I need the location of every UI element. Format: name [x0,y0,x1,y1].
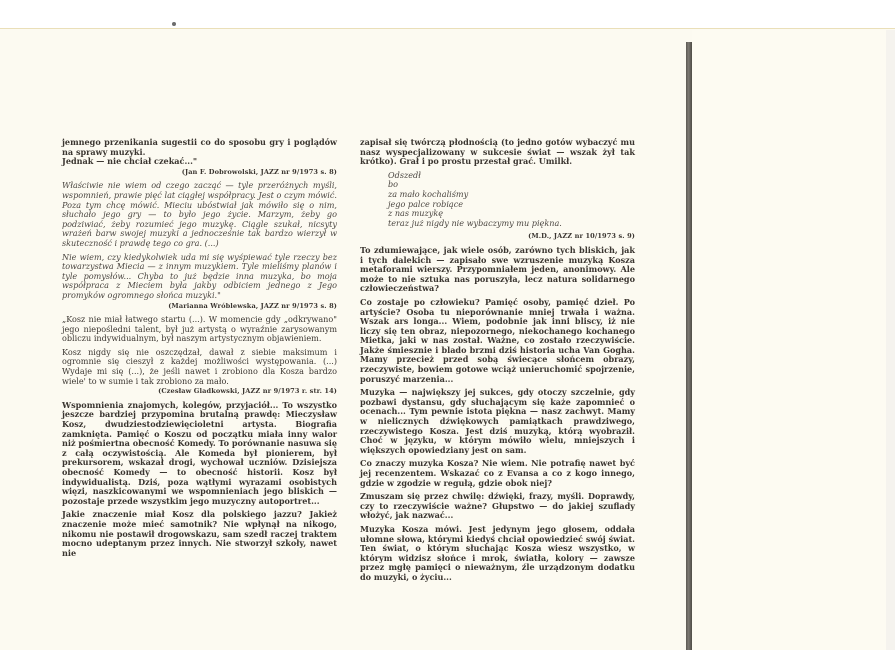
body-paragraph: Wspomnienia znajomych, kolegów, przyjaci… [62,401,337,507]
quote-paragraph: „Kosz nie miał łatwego startu (...). W m… [62,315,337,344]
body-paragraph: Muzyka — największy jej sukces, gdy otoc… [360,388,635,455]
body-paragraph: Muzyka Kosza mówi. Jest jedynym jego gło… [360,525,635,583]
intro-fragment: jemnego przenikania sugestii co do sposo… [62,138,337,157]
poem: Odszedł bo za mało kochaliśmy jego palce… [388,171,635,229]
intro-closing: Jednak — nie chciał czekać..." [62,157,337,167]
body-paragraph: To zdumiewające, jak wiele osób, zarówno… [360,246,635,294]
body-paragraph: Jakie znaczenie miał Kosz dla polskiego … [62,510,337,558]
facing-blank-page [692,30,887,650]
quote-paragraph: Kosz nigdy się nie oszczędzał, dawał z s… [62,348,337,386]
body-paragraph: Co zostaje po człowieku? Pamięć osoby, p… [360,298,635,384]
poem-line: teraz już nigdy nie wybaczymy mu piękna. [388,219,635,229]
book-spine-shadow [686,42,692,650]
source-citation: (Czesław Gladkowski, JAZZ nr 9/1973 r. s… [62,387,337,397]
right-text-column: zapisał się twórczą płodnością (to jedno… [360,138,635,587]
source-citation: (M.D., JAZZ nr 10/1973 s. 9) [360,232,635,242]
scan-right-margin [886,30,895,650]
body-paragraph: Zmuszam się przez chwilę: dźwięki, frazy… [360,492,635,521]
body-paragraph: zapisał się twórczą płodnością (to jedno… [360,138,635,167]
poem-line: Odszedł [388,171,635,181]
source-citation: (Marianna Wróblewska, JAZZ nr 9/1973 s. … [62,302,337,312]
body-paragraph: Co znaczy muzyka Kosza? Nie wiem. Nie po… [360,459,635,488]
left-text-column: jemnego przenikania sugestii co do sposo… [62,138,337,562]
source-citation: (Jan F. Dobrowolski, JAZZ nr 9/1973 s. 8… [62,168,337,178]
scan-top-margin [0,0,895,29]
scan-speck [172,22,176,26]
quote-paragraph: Nie wiem, czy kiedykolwiek uda mi się wy… [62,253,337,301]
quote-paragraph: Właściwie nie wiem od czego zacząć — tyl… [62,181,337,248]
